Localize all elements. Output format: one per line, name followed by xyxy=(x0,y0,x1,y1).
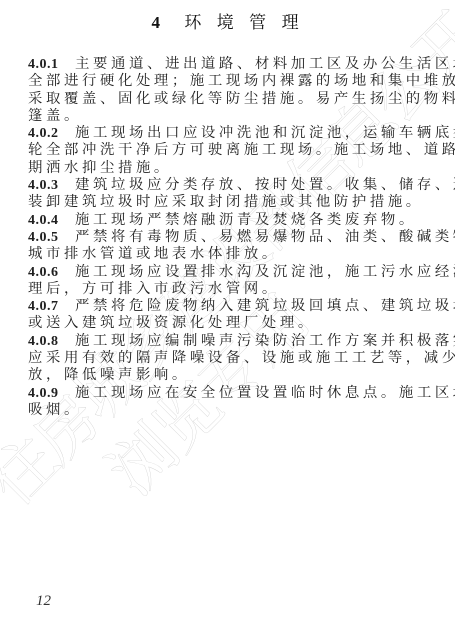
line-text: 施工现场出口应设冲洗池和沉淀池，运输车辆底盘和车 xyxy=(75,125,455,141)
clause-number: 4.0.6 xyxy=(28,264,75,281)
chapter-title-char: 理 xyxy=(282,10,299,36)
clause-number: 4.0.2 xyxy=(28,125,75,142)
text-line: 4.0.5严禁将有毒物质、易燃易爆物品、油类、酸碱类物质向 xyxy=(28,229,420,246)
text-line: 4.0.4施工现场严禁熔融沥青及焚烧各类废弃物。 xyxy=(28,212,420,229)
clause-number: 4.0.3 xyxy=(28,177,75,194)
text-line: 4.0.6施工现场应设置排水沟及沉淀池，施工污水应经沉淀处 xyxy=(28,264,420,281)
text-line: 理后，方可排入市政污水管网。 xyxy=(28,281,420,298)
chapter-name: 环 境 管 理 xyxy=(179,13,303,33)
clause-number: 4.0.5 xyxy=(28,229,75,246)
chapter-title-char: 环 xyxy=(184,10,201,36)
text-line: 或送入建筑垃圾资源化处理厂处理。 xyxy=(28,315,420,332)
text-line: 轮全部冲洗干净后方可驶离施工现场。施工场地、道路应采取定 xyxy=(28,142,420,159)
clause-number: 4.0.9 xyxy=(28,385,75,402)
clause-number: 4.0.4 xyxy=(28,212,75,229)
chapter-number: 4 xyxy=(151,13,160,32)
line-text: 建筑垃圾应分类存放、按时处置。收集、储存、运输或 xyxy=(75,177,455,193)
text-line: 采取覆盖、固化或绿化等防尘措施。易产生扬尘的物料应全部 xyxy=(28,91,420,108)
document-page: 4 环 境 管 理 4.0.1主要通道、进出道路、材料加工区及办公生活区地面应 … xyxy=(0,0,455,635)
line-text: 放，降低噪声影响。 xyxy=(28,367,190,383)
clause-number: 4.0.1 xyxy=(28,56,75,73)
chapter-title-char: 境 xyxy=(217,10,234,36)
text-line: 应采用有效的隔声降噪设备、设施或施工工艺等，减少噪声排 xyxy=(28,350,420,367)
text-line: 城市排水管道或地表水体排放。 xyxy=(28,246,420,263)
body-text: 4.0.1主要通道、进出道路、材料加工区及办公生活区地面应 全部进行硬化处理；施… xyxy=(28,56,420,419)
text-line: 4.0.7严禁将危险废物纳入建筑垃圾回填点、建筑垃圾填埋场， xyxy=(28,298,420,315)
line-text: 严禁将有毒物质、易燃易爆物品、油类、酸碱类物质向 xyxy=(75,229,455,245)
line-text: 期洒水抑尘措施。 xyxy=(28,160,172,176)
line-text: 应采用有效的隔声降噪设备、设施或施工工艺等，减少噪声排 xyxy=(28,350,455,366)
line-text: 严禁将危险废物纳入建筑垃圾回填点、建筑垃圾填埋场， xyxy=(75,298,455,314)
text-line: 篷盖。 xyxy=(28,108,420,125)
text-line: 4.0.2施工现场出口应设冲洗池和沉淀池，运输车辆底盘和车 xyxy=(28,125,420,142)
text-line: 吸烟。 xyxy=(28,402,420,419)
line-text: 采取覆盖、固化或绿化等防尘措施。易产生扬尘的物料应全部 xyxy=(28,91,455,107)
line-text: 篷盖。 xyxy=(28,108,82,124)
line-text: 主要通道、进出道路、材料加工区及办公生活区地面应 xyxy=(75,56,455,72)
chapter-title: 4 环 境 管 理 xyxy=(0,10,455,36)
line-text: 城市排水管道或地表水体排放。 xyxy=(28,246,280,262)
chapter-title-char: 管 xyxy=(249,10,266,36)
line-text: 施工现场应设置排水沟及沉淀池，施工污水应经沉淀处 xyxy=(75,264,455,280)
text-line: 4.0.1主要通道、进出道路、材料加工区及办公生活区地面应 xyxy=(28,56,420,73)
line-text: 施工现场应编制噪声污染防治工作方案并积极落实，并 xyxy=(75,333,455,349)
clause-number: 4.0.8 xyxy=(28,333,75,350)
line-text: 施工现场应在安全位置设置临时休息点。施工区域禁止 xyxy=(75,385,455,401)
text-line: 装卸建筑垃圾时应采取封闭措施或其他防护措施。 xyxy=(28,194,420,211)
page-number: 12 xyxy=(36,593,51,610)
line-text: 理后，方可排入市政污水管网。 xyxy=(28,281,280,297)
line-text: 装卸建筑垃圾时应采取封闭措施或其他防护措施。 xyxy=(28,194,424,210)
text-line: 放，降低噪声影响。 xyxy=(28,367,420,384)
line-text: 或送入建筑垃圾资源化处理厂处理。 xyxy=(28,315,316,331)
text-line: 4.0.3建筑垃圾应分类存放、按时处置。收集、储存、运输或 xyxy=(28,177,420,194)
text-line: 期洒水抑尘措施。 xyxy=(28,160,420,177)
line-text: 吸烟。 xyxy=(28,402,82,418)
line-text: 施工现场严禁熔融沥青及焚烧各类废弃物。 xyxy=(75,212,417,228)
text-line: 4.0.9施工现场应在安全位置设置临时休息点。施工区域禁止 xyxy=(28,385,420,402)
text-line: 全部进行硬化处理；施工现场内裸露的场地和集中堆放的土方应 xyxy=(28,73,420,90)
line-text: 全部进行硬化处理；施工现场内裸露的场地和集中堆放的土方应 xyxy=(28,73,455,89)
clause-number: 4.0.7 xyxy=(28,298,75,315)
text-line: 4.0.8施工现场应编制噪声污染防治工作方案并积极落实，并 xyxy=(28,333,420,350)
line-text: 轮全部冲洗干净后方可驶离施工现场。施工场地、道路应采取定 xyxy=(28,142,455,158)
